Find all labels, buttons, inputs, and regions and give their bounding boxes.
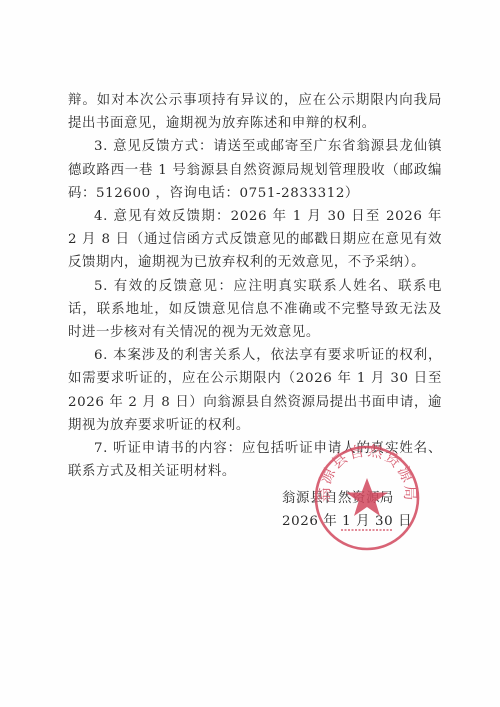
issuer-name: 翁源县自然资源局	[282, 487, 442, 510]
paragraph-hearing-right: 6. 本案涉及的利害关系人，依法享有要求听证的权利，如需要求听证的，应在公示期限…	[68, 344, 442, 437]
paragraph-hearing-application: 7. 听证申请书的内容：应包括听证申请人的真实姓名、联系方式及相关证明材料。	[68, 437, 442, 483]
paragraph-feedback-method: 3. 意见反馈方式：请送至或邮寄至广东省翁源县龙仙镇德政路西一巷 1 号翁源县自…	[68, 135, 442, 205]
notice-body: 辩。如对本次公示事项持有异议的，应在公示期限内向我局提出书面意见，逾期视为放弃陈…	[68, 89, 442, 483]
paragraph-valid-feedback: 5. 有效的反馈意见：应注明真实联系人姓名、联系电话，联系地址，如反馈意见信息不…	[68, 275, 442, 345]
paragraph-continuation: 辩。如对本次公示事项持有异议的，应在公示期限内向我局提出书面意见，逾期视为放弃陈…	[68, 89, 442, 135]
issue-date: 2026 年 1 月 30 日	[282, 510, 442, 533]
paragraph-feedback-period: 4. 意见有效反馈期：2026 年 1 月 30 日至 2026 年 2 月 8…	[68, 205, 442, 275]
document-page: 辩。如对本次公示事项持有异议的，应在公示期限内向我局提出书面意见，逾期视为放弃陈…	[0, 0, 500, 707]
signature-block: 翁源县自然资源局 2026 年 1 月 30 日	[282, 487, 442, 533]
